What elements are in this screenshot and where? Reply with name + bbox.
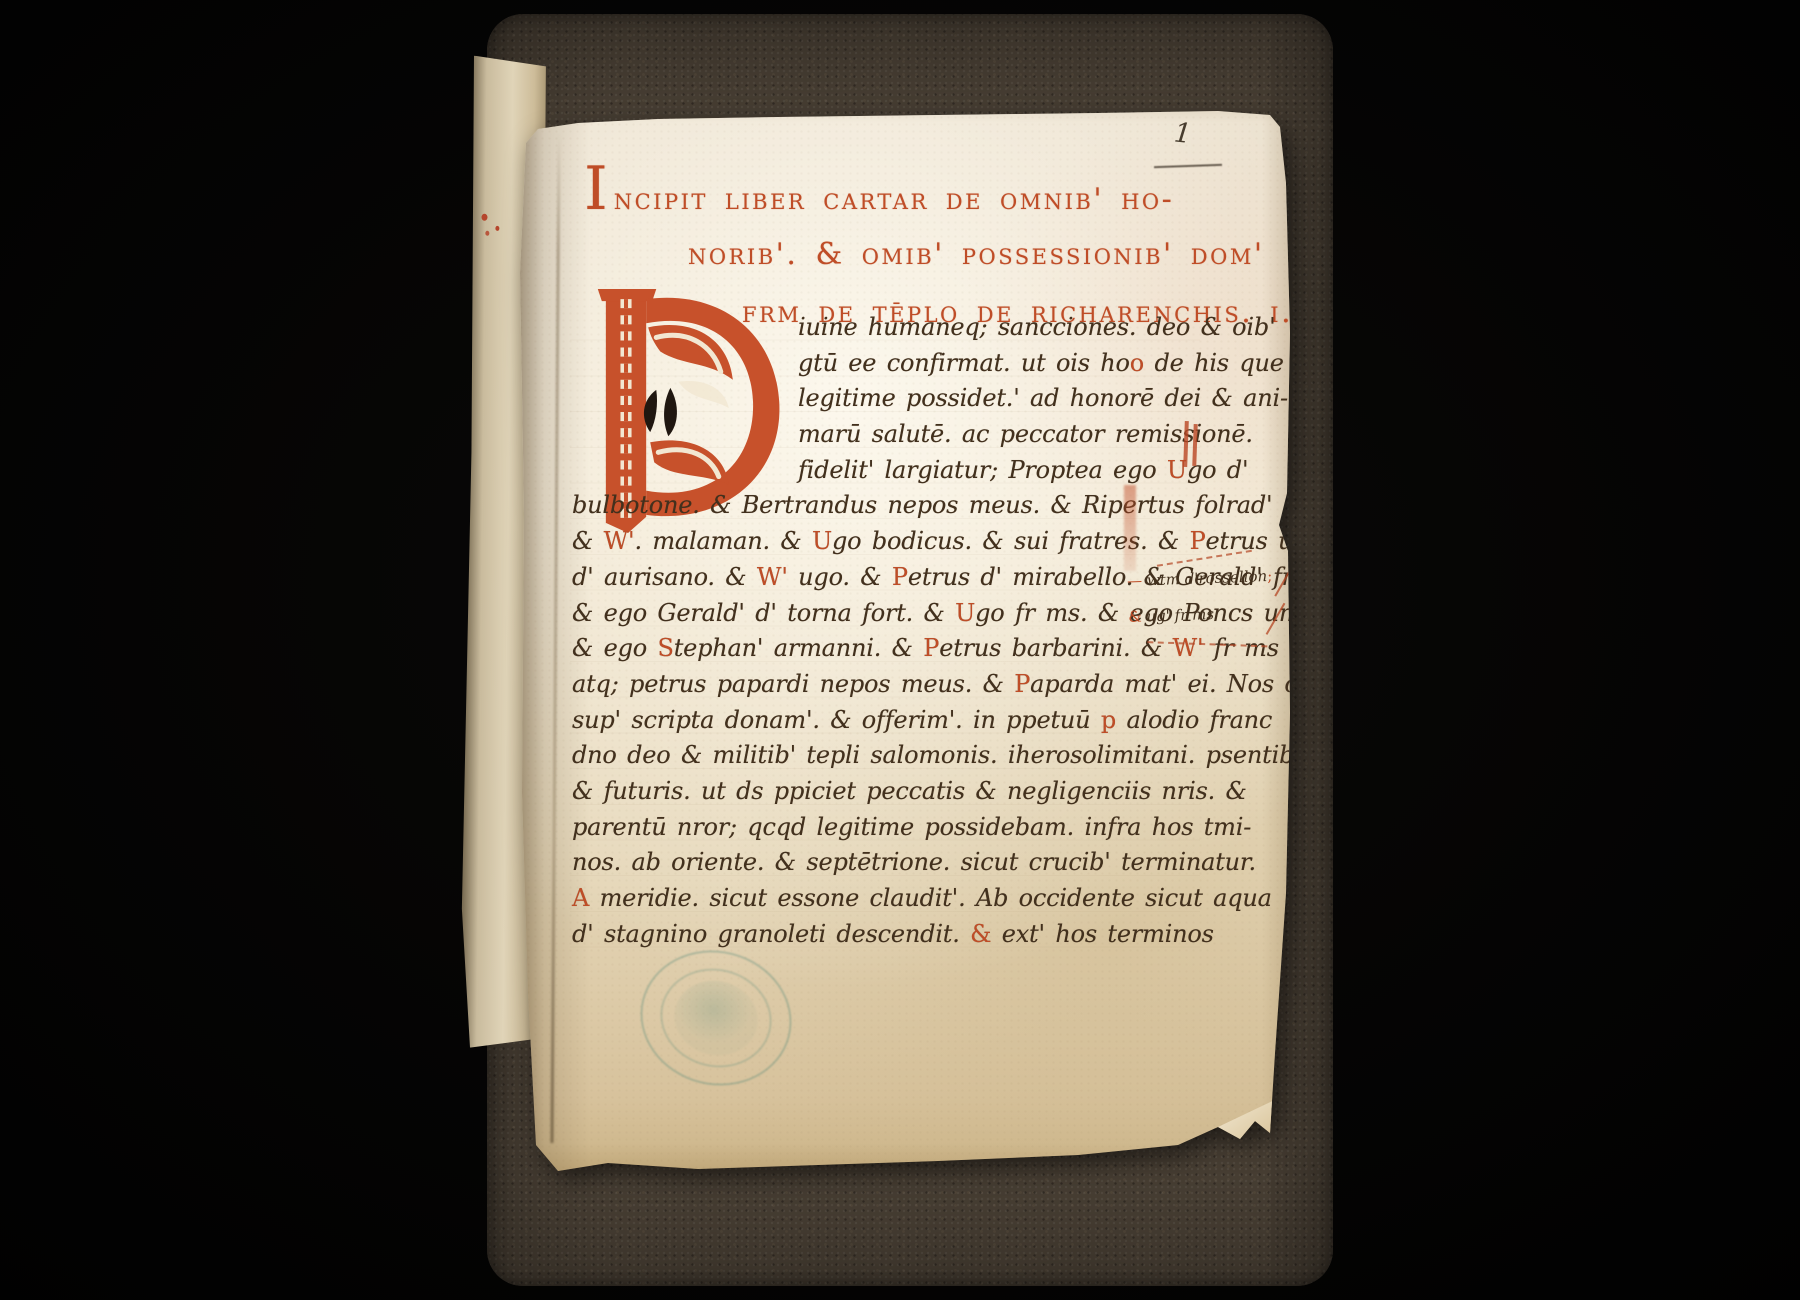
text-segment: bulbotone. & Bertrandus nepos meus. & Ri… [572,491,1272,519]
text-segment: atq; petrus papardi nepos meus. & [572,670,1014,698]
text-segment: & [572,527,604,555]
folio-number-digit: 1 [1173,117,1246,155]
text-segment: & futuris. ut ds ppiciet peccatis & negl… [572,777,1247,805]
manuscript-line: gtū ee confirmat. ut ois hoo de his que [798,349,1220,385]
text-segment: U [955,599,975,627]
manuscript-line: & W'. malaman. & Ugo bodicus. & sui frat… [572,527,1220,563]
text-segment: & ego [572,634,657,662]
text-segment: & ego Gerald' d' torna fort. & [572,599,955,627]
title-line: norib'. & omib' possessionib' dom' [688,237,1265,272]
text-segment: de his que [1144,349,1284,377]
text-segment: o [1130,349,1144,377]
text-segment: P [923,634,939,662]
manuscript-line: A meridie. sicut essone claudit'. Ab occ… [572,884,1220,920]
manuscript-line: fidelit' largiatur; Proptea ego Ugo d' [798,456,1220,492]
folio-number: 1 [1154,121,1244,152]
folio-number-underline [1154,164,1222,168]
text-segment: iuine humaneq; sancciones. deo & oib' [798,313,1275,341]
manuscript-line: sup' scripta donam'. & offerim'. in ppet… [572,706,1220,742]
manuscript-line: & futuris. ut ds ppiciet peccatis & negl… [572,777,1220,813]
text-segment: ug' fr ms [1146,605,1214,625]
body-text: iuine humaneq; sancciones. deo & oib'gtū… [572,313,1220,955]
gutter-crease [550,133,560,1143]
manuscript-line: bulbotone. & Bertrandus nepos meus. & Ri… [572,491,1220,527]
text-segment: alodio franc [1116,706,1272,734]
red-stroke-marks [1184,421,1202,471]
text-segment: . malaman. & [634,527,811,555]
text-segment: — [1127,571,1147,590]
margin-red-dots [481,214,487,221]
text-segment: P [892,563,908,591]
text-segment: fidelit' largiatur; Proptea ego [798,456,1167,484]
text-segment: d' aurisano. & [572,563,757,591]
text-segment: W' [757,563,788,591]
manuscript-line: & ego Gerald' d' torna fort. & Ugo fr ms… [572,599,1220,635]
margin-note-line: — wtm d'rossellon; [1127,566,1298,608]
manuscript-line: d' aurisano. & W' ugo. & Petrus d' mirab… [572,563,1220,599]
text-segment: ugo. & [788,563,892,591]
text-segment: nos. ab oriente. & septētrione. sicut cr… [572,848,1256,876]
text-segment: sup' scripta donam'. & offerim'. in ppet… [572,706,1101,734]
library-stamp [626,935,806,1102]
title-line: Incipit liber cartar de omnib' ho- [584,173,1174,217]
text-segment: d' stagnino granoleti descendit. [572,920,970,948]
text-segment: ext' hos terminos [991,920,1213,948]
manuscript-line: legitime possidet.' ad honorē dei & ani- [798,384,1220,420]
text-segment: P [1190,527,1206,555]
parchment-page-wrap: 1 Incipit liber cartar de omnib' ho-nori… [518,93,1298,1185]
text-segment: legitime possidet.' ad honorē dei & ani- [798,384,1288,412]
text-segment: dno deo & militib' tepli salomonis. iher… [572,741,1301,769]
text-segment: ; [1267,567,1273,585]
text-segment: P [1014,670,1030,698]
text-segment: tephan' armanni. & [674,634,924,662]
text-segment: aparda mat' ei. Nos oms [1030,670,1333,698]
text-segment: W' [604,527,635,555]
manuscript-line: nos. ab oriente. & septētrione. sicut cr… [572,848,1220,884]
manuscript-line: dno deo & militib' tepli salomonis. iher… [572,741,1220,777]
text-segment: & [970,920,991,948]
red-ink-smear [1124,485,1136,571]
text-segment: meridie. sicut essone claudit'. Ab occid… [589,884,1272,912]
text-segment: U [812,527,832,555]
manuscript-line: & ego Stephan' armanni. & Petrus barbari… [572,634,1220,670]
manuscript-line: atq; petrus papardi nepos meus. & Papard… [572,670,1220,706]
manuscript-photo: 1 Incipit liber cartar de omnib' ho-nori… [0,0,1800,1300]
manuscript-line: marū salutē. ac peccator remissionē. [798,420,1220,456]
manuscript-line: parentū nror; qcqd legitime possidebam. … [572,813,1220,849]
manuscript-line: iuine humaneq; sancciones. deo & oib' [798,313,1220,349]
text-segment: S [657,634,673,662]
text-segment: & [1128,607,1147,626]
text-segment: wtm d'rossellon [1147,567,1268,589]
text-segment: A [572,884,589,912]
text-segment: gtū ee confirmat. ut ois ho [798,349,1130,377]
parchment-page: 1 Incipit liber cartar de omnib' ho-nori… [518,93,1298,1185]
margin-note: — wtm d'rossellon;& ug' fr ms [1127,566,1299,644]
text-segment: p [1101,706,1116,734]
text-segment: parentū nror; qcqd legitime possidebam. … [572,813,1251,841]
